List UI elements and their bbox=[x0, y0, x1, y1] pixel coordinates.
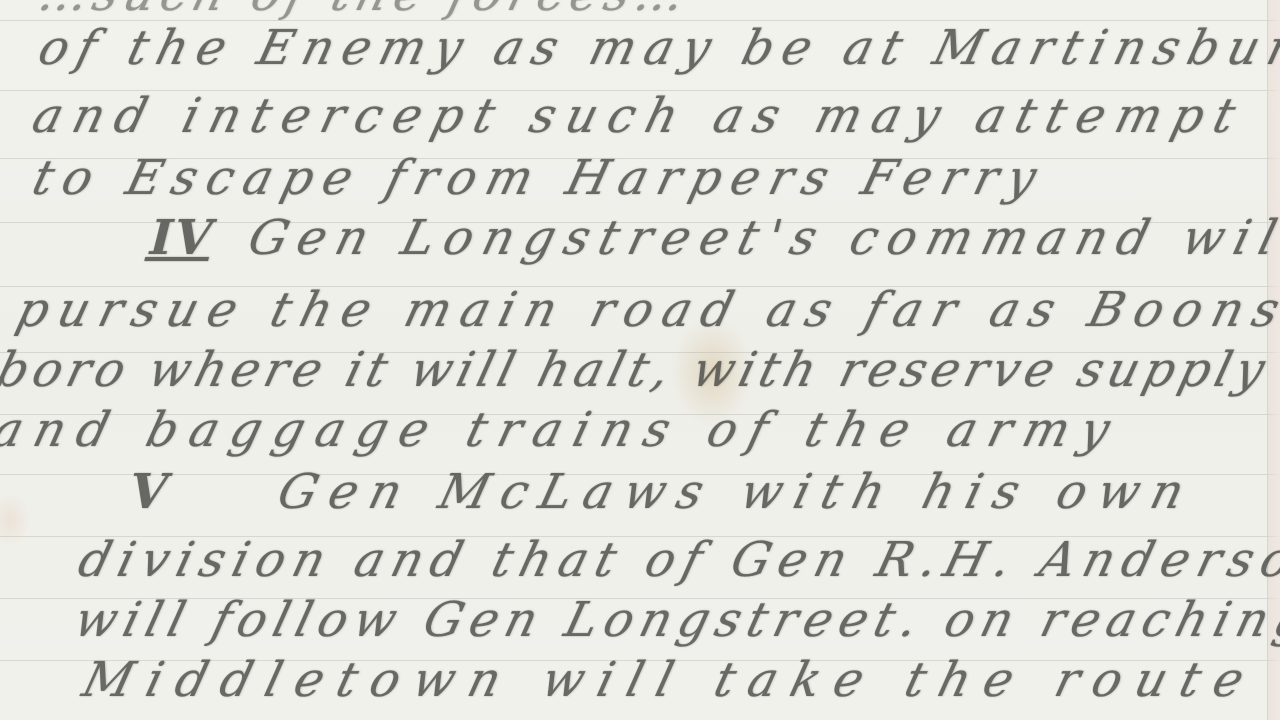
handwritten-line: and intercept such as may attempt bbox=[27, 88, 1252, 144]
handwritten-line: of the Enemy as may be at Martinsburg bbox=[33, 20, 1280, 76]
handwritten-line-cut: …such of the forces… bbox=[33, 0, 697, 22]
handwritten-line: division and that of Gen R.H. Anderson bbox=[73, 532, 1280, 588]
handwritten-line: to Escape from Harpers Ferry bbox=[27, 150, 1052, 206]
line-text: Gen McLaws with his own bbox=[272, 464, 1201, 520]
line-text: Gen Longstreet's command will bbox=[243, 210, 1280, 266]
handwritten-line: Middletown will take the route to bbox=[77, 652, 1280, 708]
section-numeral: V bbox=[123, 464, 176, 520]
handwritten-line: boro where it will halt, with reserve su… bbox=[0, 342, 1275, 398]
handwritten-line: and baggage trains of the army bbox=[0, 402, 1127, 458]
handwritten-line: pursue the main road as far as Boons- bbox=[11, 282, 1280, 338]
handwritten-line-section-v: VGen McLaws with his own bbox=[123, 464, 1202, 520]
handwritten-line-section-iv: IVGen Longstreet's command will bbox=[143, 210, 1280, 266]
manuscript-page: …such of the forces… of the Enemy as may… bbox=[0, 0, 1280, 720]
handwritten-line: will follow Gen Longstreet. on reaching bbox=[69, 592, 1280, 648]
section-numeral: IV bbox=[143, 210, 221, 266]
